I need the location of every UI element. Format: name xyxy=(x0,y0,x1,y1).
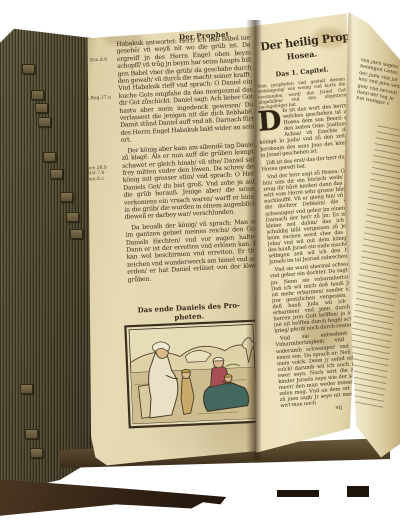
index-tab xyxy=(25,429,38,439)
index-tab xyxy=(30,448,43,458)
margin-note: Dan.6.c xyxy=(86,176,107,183)
index-tab xyxy=(22,64,35,74)
signature-mark: vij xyxy=(302,405,342,414)
body-paragraph: Da beualh der könig/ vñ sprach: Man sol … xyxy=(125,218,260,284)
body-paragraph: Vnd sie entwehnet die Vnbarmhertzigkeit/… xyxy=(275,329,362,407)
margin-note: 3.Reg.17.a xyxy=(86,95,111,102)
board-fragment xyxy=(277,490,319,497)
infant-cap xyxy=(224,374,232,377)
index-tab xyxy=(38,117,51,127)
left-page-text-column: Habakuk antwortet: Herr/ ich hab Babel n… xyxy=(116,34,260,298)
index-tab xyxy=(50,169,63,179)
index-tab xyxy=(60,192,73,202)
body-paragraph: Vnd sie ward abermal schwanger/ vnd geba… xyxy=(269,261,362,335)
book-photo: Der Prophet Esa.d.6 3.Reg.17.a Jere.38.b… xyxy=(0,0,400,528)
left-page: Der Prophet Esa.d.6 3.Reg.17.a Jere.38.b… xyxy=(84,24,260,468)
index-tab xyxy=(35,103,48,113)
gutter-shadow xyxy=(246,20,262,460)
index-tab xyxy=(70,229,83,239)
next-page-text-fragments: von jnen sagen/ O bendigen Gotes. D der … xyxy=(356,58,400,111)
index-tab xyxy=(31,90,44,100)
margin-note-group: Jere.38.b Hist.7.b Dan.6.c xyxy=(86,165,108,182)
body-paragraph: DIs ist das wort des herrn/ welches gesc… xyxy=(257,103,353,159)
right-page: Der heilig Prophet Hosea. Das 1. Capitel… xyxy=(252,8,362,460)
child-cap xyxy=(181,369,190,372)
book-fore-edge xyxy=(0,24,100,494)
board-fragment xyxy=(347,486,369,497)
woodcut-illustration xyxy=(124,319,260,429)
margin-note: Esa.d.6 xyxy=(90,58,107,64)
index-tab xyxy=(20,384,33,394)
body-paragraph: Der könig aber kam am sibendē tag Daniel… xyxy=(121,141,258,222)
index-tab xyxy=(66,212,79,222)
body-paragraph: Habakuk antwortet: Herr/ ich hab Babel n… xyxy=(116,34,255,144)
index-tab xyxy=(43,152,56,162)
next-page-curl: von jnen sagen/ O bendigen Gotes. D der … xyxy=(344,10,400,462)
